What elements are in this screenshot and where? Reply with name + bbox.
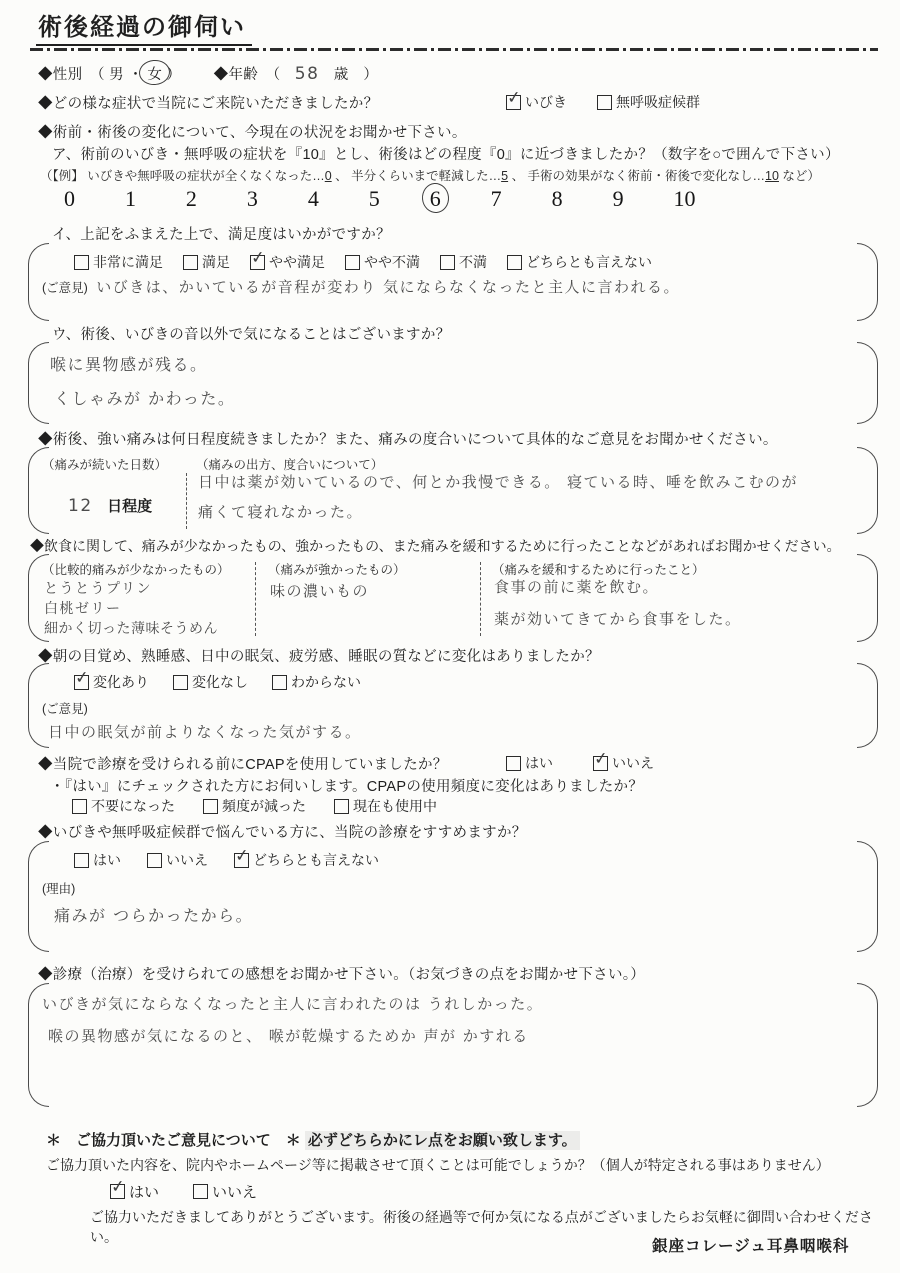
checkbox-icon xyxy=(506,756,521,771)
checkbox-icon xyxy=(234,853,249,868)
checkbox-icon xyxy=(110,1184,125,1199)
checkbox-apnea-icon xyxy=(597,95,612,110)
dash-dot-divider xyxy=(30,48,878,51)
example-num-0: 0 xyxy=(325,169,332,183)
checkbox-icon xyxy=(147,853,162,868)
option-no-change: 変化なし xyxy=(173,672,248,692)
option-label: 現在も使用中 xyxy=(353,796,437,816)
satisfaction-answer-area: 非常に満足 満足 やや満足 やや不満 不満 どちらとも言えない (ご意見) いび… xyxy=(28,243,878,321)
checkbox-icon xyxy=(272,675,287,690)
pain-days-value-handwritten: 12 xyxy=(68,496,93,516)
footer-note-strong: 必ずどちらかにレ点をお願い致します。 xyxy=(305,1131,580,1150)
checkbox-icon xyxy=(74,675,89,690)
footer-note-pre: ＊ ご協力頂いたご意見について ＊ xyxy=(46,1132,305,1149)
example-text: 、 手術の効果がなく術前・術後で変化なし… xyxy=(508,169,765,183)
eating-col1-line-3: 細かく切った薄味そうめん xyxy=(44,618,218,638)
permission-options: はい いいえ xyxy=(110,1181,257,1202)
option-no: いいえ xyxy=(193,1181,257,1202)
checkbox-icon xyxy=(74,853,89,868)
sleep-answer-area: 変化あり 変化なし わからない (ご意見) 日中の眠気が前よりなくなった気がする… xyxy=(28,663,878,748)
change-question-a: ア、術前のいびき・無呼吸の症状を『10』とし、術後はどの程度『0』に近づきました… xyxy=(52,143,840,164)
option-label: 不満 xyxy=(459,252,487,272)
scale-number-7: 7 xyxy=(491,186,548,212)
scale-number-1: 1 xyxy=(125,186,182,212)
option-changed: 変化あり xyxy=(74,672,149,692)
option-still-using: 現在も使用中 xyxy=(334,796,437,816)
impressions-answer-area: いびきが気にならなくなったと主人に言われたのは うれしかった。 喉の異物感が気に… xyxy=(28,983,878,1107)
reason-handwritten: 痛みが つらかったから。 xyxy=(54,903,253,926)
footer-note: ＊ ご協力頂いたご意見について ＊ 必ずどちらかにレ点をお願い致します。 xyxy=(46,1129,580,1150)
symptom-question: ◆どの様な症状で当院にご来院いただきましたか？ xyxy=(38,92,378,113)
checkbox-icon xyxy=(74,255,89,270)
option-label: どちらとも言えない xyxy=(526,252,652,272)
option-label: どちらとも言えない xyxy=(253,850,379,870)
cpap-question-1: ◆当院で診療を受けられる前にCPAPを使用していましたか？ xyxy=(38,753,448,774)
option-label: 満足 xyxy=(202,252,230,272)
eating-col1-label: （比較的痛みが少なかったもの） xyxy=(42,560,230,578)
checkbox-icon xyxy=(193,1184,208,1199)
scale-number-0: 0 xyxy=(64,186,121,212)
option-label: 非常に満足 xyxy=(93,252,163,272)
option-label: やや満足 xyxy=(269,252,325,272)
cpap-q2-options: 不要になった 頻度が減った 現在も使用中 xyxy=(72,796,437,816)
pain-desc-line-2: 痛くて寝れなかった。 xyxy=(198,501,363,522)
checkbox-icon xyxy=(507,255,522,270)
option-somewhat-satisfied: やや満足 xyxy=(250,252,325,272)
profile-row: ◆性別 （ 男 ・ 女 ） ◆年齢 （ 58 歳 ） xyxy=(38,63,378,84)
pain-column-divider xyxy=(186,473,187,529)
scale-number-9: 9 xyxy=(613,186,670,212)
age-unit: 歳 ） xyxy=(334,67,378,83)
page-title: 術後経過の御伺い xyxy=(36,15,252,46)
eating-heading: ◆飲食に関して、痛みが少なかったもの、強かったもの、また痛みを緩和するために行っ… xyxy=(30,536,841,556)
option-dissatisfied: 不満 xyxy=(440,252,487,272)
option-label: いびき xyxy=(525,92,567,112)
option-no: いいえ xyxy=(147,850,208,870)
option-label: いいえ xyxy=(166,850,208,870)
clinic-name: 銀座コレージュ耳鼻咽喉科 xyxy=(652,1234,849,1256)
sleep-comment-handwritten: 日中の眠気が前よりなくなった気がする。 xyxy=(48,721,362,742)
satisfaction-question: イ、上記をふまえた上で、満足度はいかがですか？ xyxy=(52,223,391,244)
example-text: 、 半分くらいまで軽減した… xyxy=(332,169,501,183)
option-label: はい xyxy=(129,1181,159,1202)
scale-number-3: 3 xyxy=(247,186,304,212)
other-concerns-answer-area: 喉に異物感が残る。 くしゃみが かわった。 xyxy=(28,342,878,424)
eating-col2-line-1: 味の濃いもの xyxy=(270,580,369,601)
satisfaction-comment-row: (ご意見) いびきは、かいているが音程が変わり 気にならなくなったと主人に言われ… xyxy=(42,276,680,297)
impressions-heading: ◆診療（治療）を受けられての感想をお聞かせ下さい。（お気づきの点をお聞かせ下さい… xyxy=(38,963,645,984)
option-very-satisfied: 非常に満足 xyxy=(74,252,163,272)
option-neither: どちらとも言えない xyxy=(507,252,652,272)
checkbox-icon xyxy=(440,255,455,270)
change-heading: ◆術前・術後の変化について、今現在の状況をお聞かせ下さい。 xyxy=(38,121,467,142)
option-neither: どちらとも言えない xyxy=(234,850,379,870)
option-label: 変化なし xyxy=(192,672,248,692)
checkbox-icon xyxy=(183,255,198,270)
checkbox-snoring-icon xyxy=(506,95,521,110)
gender-female-circled: 女 xyxy=(147,63,162,84)
comment-label: (ご意見) xyxy=(42,281,88,295)
impressions-line-1: いびきが気にならなくなったと主人に言われたのは うれしかった。 xyxy=(42,993,543,1014)
eating-col3-line-1: 食事の前に薬を飲む。 xyxy=(494,576,659,597)
pain-days-unit: 日程度 xyxy=(107,498,152,515)
option-satisfied: 満足 xyxy=(183,252,230,272)
satisfaction-comment-handwritten: いびきは、かいているが音程が変わり 気にならなくなったと主人に言われる。 xyxy=(96,278,680,296)
permission-question: ご協力頂いた内容を、院内やホームページ等に掲載させて頂くことは可能でしょうか？（… xyxy=(46,1155,830,1175)
eating-divider-2 xyxy=(480,562,481,636)
option-apnea: 無呼吸症候群 xyxy=(597,92,700,112)
scale-number-10: 10 xyxy=(674,186,731,212)
option-label: 無呼吸症候群 xyxy=(616,92,700,112)
pain-desc-line-1: 日中は薬が効いているので、何とか我慢できる。 寝ている時、唾を飲みこむのが xyxy=(198,471,798,492)
scale-number-4: 4 xyxy=(308,186,365,212)
option-label: はい xyxy=(93,850,121,870)
option-snoring: いびき xyxy=(506,92,567,112)
satisfaction-options: 非常に満足 満足 やや満足 やや不満 不満 どちらとも言えない xyxy=(74,252,652,272)
scale-number-5: 5 xyxy=(369,186,426,212)
example-text: （【例】 いびきや無呼吸の症状が全くなくなった… xyxy=(40,169,325,183)
option-somewhat-dissatisfied: やや不満 xyxy=(345,252,420,272)
option-label: 頻度が減った xyxy=(222,796,306,816)
scanned-questionnaire: 術後経過の御伺い ◆性別 （ 男 ・ 女 ） ◆年齢 （ 58 歳 ） ◆どの様… xyxy=(0,0,900,1273)
impressions-line-2: 喉の異物感が気になるのと、 喉が乾燥するためか 声が かすれる xyxy=(48,1025,529,1046)
recommend-question: ◆いびきや無呼吸症候群で悩んでいる方に、当院の診療をすすめますか？ xyxy=(38,821,527,842)
option-unknown: わからない xyxy=(272,672,361,692)
pain-days-row: 12 日程度 xyxy=(68,495,152,516)
option-label: 変化あり xyxy=(93,672,149,692)
eating-col3-line-2: 薬が効いてきてから食事をした。 xyxy=(494,608,742,629)
gender-label: ◆性別 （ 男 ・ xyxy=(38,67,143,83)
option-frequency-reduced: 頻度が減った xyxy=(203,796,306,816)
option-yes: はい xyxy=(506,753,553,773)
checkbox-icon xyxy=(250,255,265,270)
eating-col1-line-1: とうとうプリン xyxy=(44,578,152,598)
checkbox-icon xyxy=(593,756,608,771)
pain-answer-area: （痛みが続いた日数） （痛みの出方、度合いについて） 12 日程度 日中は薬が効… xyxy=(28,447,878,534)
concern-line-1: 喉に異物感が残る。 xyxy=(50,352,208,375)
checkbox-icon xyxy=(203,799,218,814)
age-value-handwritten: 58 xyxy=(295,64,320,84)
option-no-longer-needed: 不要になった xyxy=(72,796,175,816)
checkbox-icon xyxy=(345,255,360,270)
option-label: はい xyxy=(525,753,553,773)
option-yes: はい xyxy=(110,1181,159,1202)
concern-line-2: くしゃみが かわった。 xyxy=(54,386,235,409)
option-no: いいえ xyxy=(593,753,654,773)
pain-heading: ◆術後、強い痛みは何日程度続きましたか？また、痛みの度合いについて具体的なご意見… xyxy=(38,428,778,449)
pain-days-label: （痛みが続いた日数） xyxy=(42,455,167,473)
sleep-comment-label: (ご意見) xyxy=(42,699,88,717)
checkbox-icon xyxy=(334,799,349,814)
eating-divider-1 xyxy=(255,562,256,636)
example-num-10: 10 xyxy=(765,169,779,183)
scale-number-2: 2 xyxy=(186,186,243,212)
symptom-options: いびき 無呼吸症候群 xyxy=(506,92,700,112)
option-label: 不要になった xyxy=(91,796,175,816)
other-concerns-question: ウ、術後、いびきの音以外で気になることはございますか？ xyxy=(52,323,450,344)
option-yes: はい xyxy=(74,850,121,870)
example-text: など） xyxy=(779,169,820,183)
option-label: わからない xyxy=(291,672,361,692)
scale-number-8: 8 xyxy=(552,186,609,212)
reason-label: (理由) xyxy=(42,879,75,897)
recommend-options: はい いいえ どちらとも言えない xyxy=(74,850,379,870)
option-label: いいえ xyxy=(612,753,654,773)
eating-col2-label: （痛みが強かったもの） xyxy=(268,560,406,578)
cpap-question-2: ・『はい』にチェックされた方にお伺いします。CPAPの使用頻度に変化はありました… xyxy=(50,775,643,796)
cpap-q1-options: はい いいえ xyxy=(506,753,654,773)
recommend-answer-area: はい いいえ どちらとも言えない (理由) 痛みが つらかったから。 xyxy=(28,841,878,952)
age-label: ◆年齢 （ xyxy=(214,67,281,83)
change-example-line: （【例】 いびきや無呼吸の症状が全くなくなった…0 、 半分くらいまで軽減した…… xyxy=(40,166,820,184)
gender-female-text: 女 xyxy=(147,67,162,83)
eating-col1-line-2: 白桃ゼリー xyxy=(44,598,122,618)
eating-answer-area: （比較的痛みが少なかったもの） とうとうプリン 白桃ゼリー 細かく切った薄味そう… xyxy=(28,554,878,642)
sleep-options: 変化あり 変化なし わからない xyxy=(74,672,361,692)
option-label: いいえ xyxy=(212,1181,257,1202)
option-label: やや不満 xyxy=(364,252,420,272)
scale-number-6: 6 xyxy=(430,186,487,212)
rating-scale: 0 1 2 3 4 5 6 7 8 9 10 xyxy=(64,186,730,212)
checkbox-icon xyxy=(173,675,188,690)
checkbox-icon xyxy=(72,799,87,814)
